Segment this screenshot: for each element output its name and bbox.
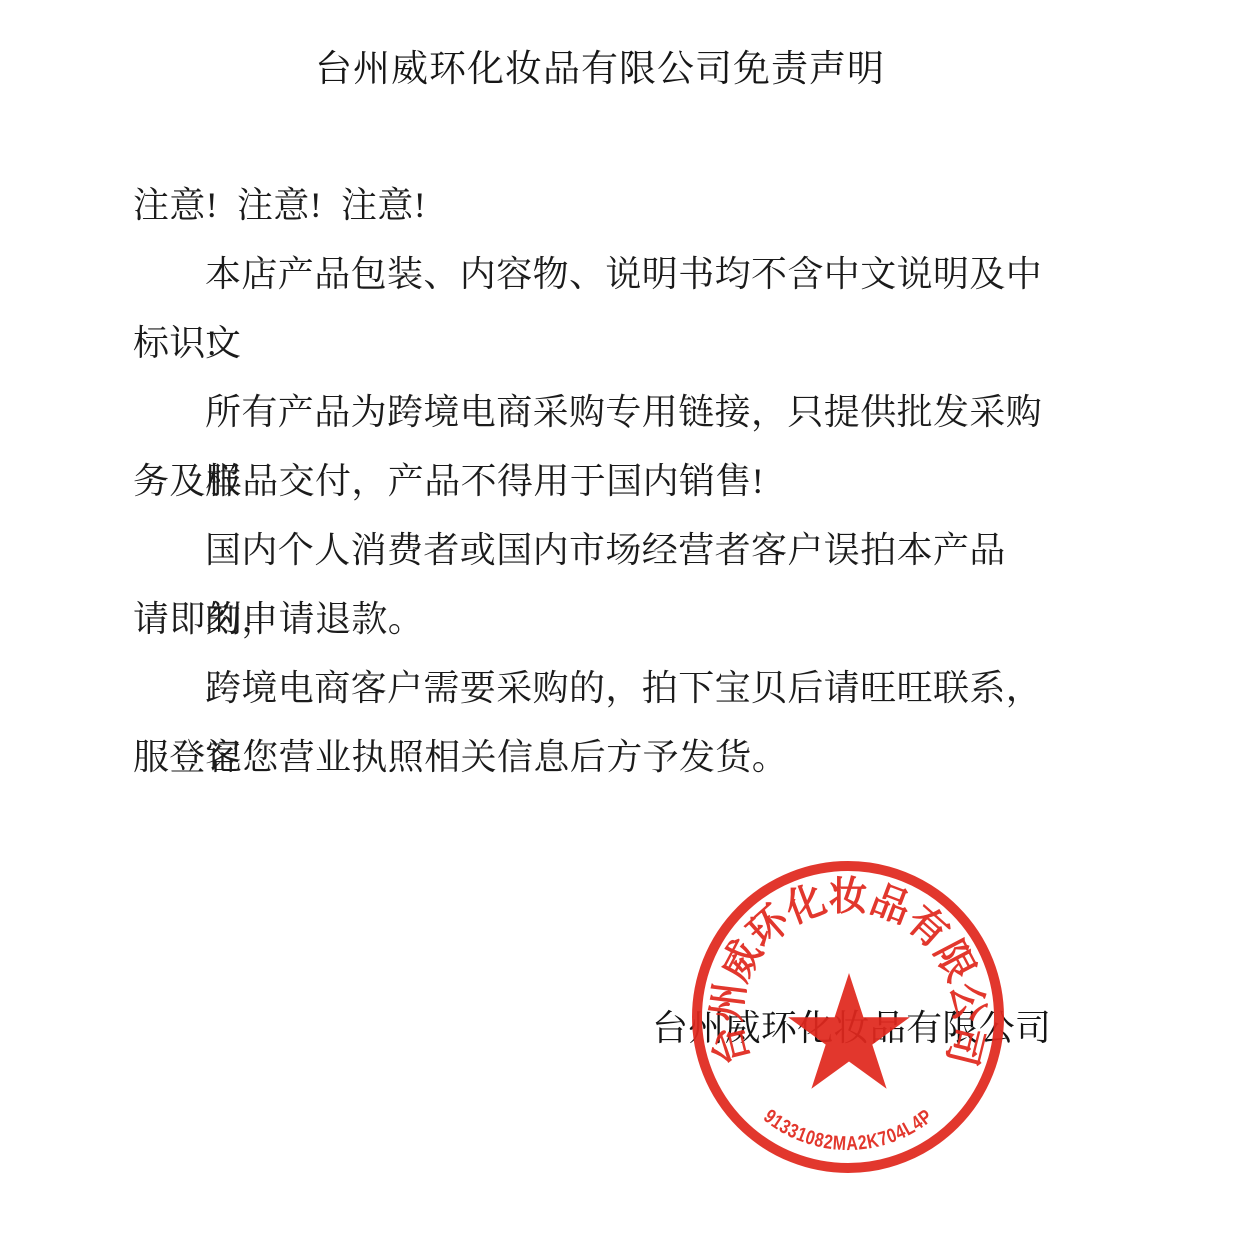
document-body: 注意! 注意! 注意! 本店产品包装、内容物、说明书均不含中文说明及中文 标识!… — [133, 171, 1073, 792]
document-page: 台州威环化妆品有限公司免责声明 注意! 注意! 注意! 本店产品包装、内容物、说… — [0, 0, 1238, 1238]
body-line: 服登记您营业执照相关信息后方予发货。 — [133, 723, 1073, 792]
seal-registration-number: 91331082MA2K704L4P — [759, 1105, 937, 1155]
body-line: 务及样品交付，产品不得用于国内销售! — [133, 447, 1073, 516]
body-line: 标识! — [133, 309, 1073, 378]
body-line: 国内个人消费者或国内市场经营者客户误拍本产品的， — [133, 516, 1073, 585]
star-icon — [788, 973, 910, 1089]
document-title: 台州威环化妆品有限公司免责声明 — [140, 48, 1060, 92]
company-seal-stamp: 台州威环化妆品有限公司 91331082MA2K704L4P — [678, 847, 1018, 1187]
body-line: 注意! 注意! 注意! — [133, 171, 1073, 240]
body-line: 跨境电商客户需要采购的，拍下宝贝后请旺旺联系，客 — [133, 654, 1073, 723]
body-line: 所有产品为跨境电商采购专用链接，只提供批发采购服 — [133, 378, 1073, 447]
body-line: 本店产品包装、内容物、说明书均不含中文说明及中文 — [133, 240, 1073, 309]
body-line: 请即刻申请退款。 — [133, 585, 1073, 654]
